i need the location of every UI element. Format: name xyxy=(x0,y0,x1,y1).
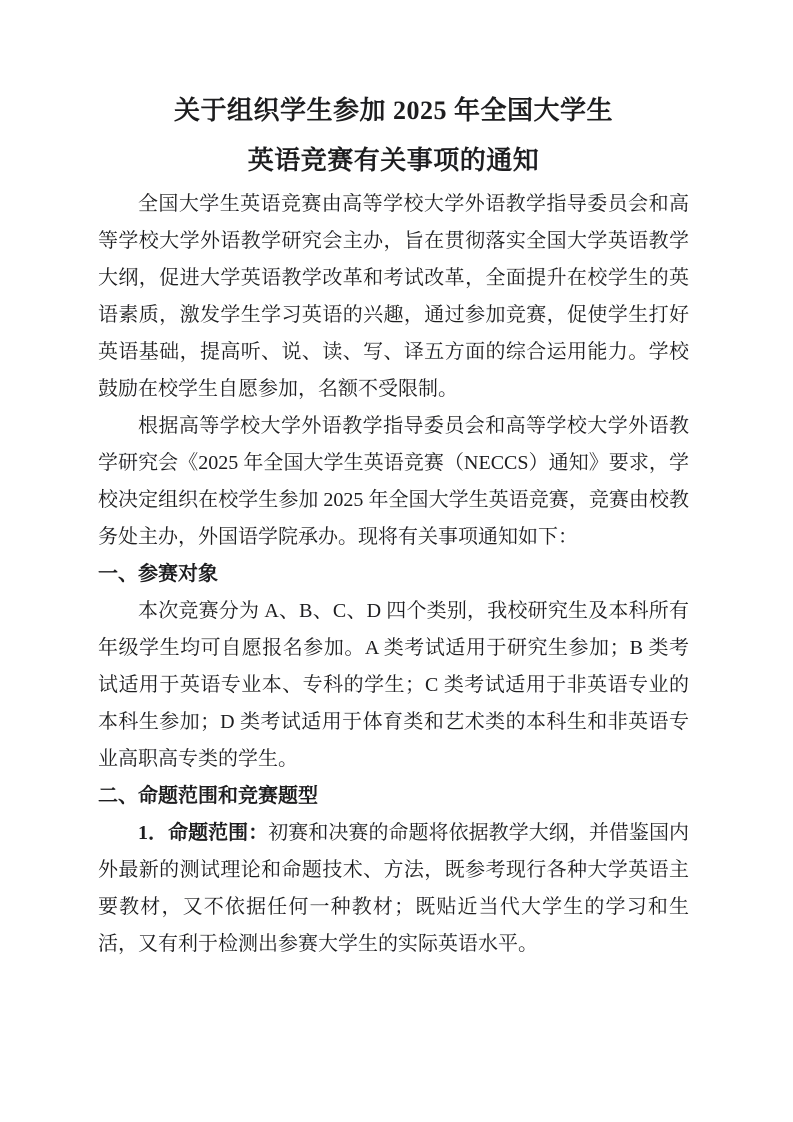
intro-paragraph-2: 根据高等学校大学外语教学指导委员会和高等学校大学外语教学研究会《2025 年全国… xyxy=(98,408,689,556)
title-line-1: 关于组织学生参加 2025 年全国大学生 xyxy=(98,86,689,136)
section-1-heading: 一、参赛对象 xyxy=(98,556,689,593)
title-line-2: 英语竞赛有关事项的通知 xyxy=(98,136,689,186)
section-1-paragraph: 本次竞赛分为 A、B、C、D 四个类别，我校研究生及本科所有年级学生均可自愿报名… xyxy=(98,593,689,778)
section-2-heading: 二、命题范围和竞赛题型 xyxy=(98,778,689,815)
item-1-label: 1．命题范围： xyxy=(138,822,268,844)
intro-paragraph-1: 全国大学生英语竞赛由高等学校大学外语教学指导委员会和高等学校大学外语教学研究会主… xyxy=(98,186,689,408)
document-page: 关于组织学生参加 2025 年全国大学生 英语竞赛有关事项的通知 全国大学生英语… xyxy=(0,0,793,1122)
document-title: 关于组织学生参加 2025 年全国大学生 英语竞赛有关事项的通知 xyxy=(98,86,689,186)
section-2-item-1: 1．命题范围：初赛和决赛的命题将依据教学大纲，并借鉴国内外最新的测试理论和命题技… xyxy=(98,815,689,963)
